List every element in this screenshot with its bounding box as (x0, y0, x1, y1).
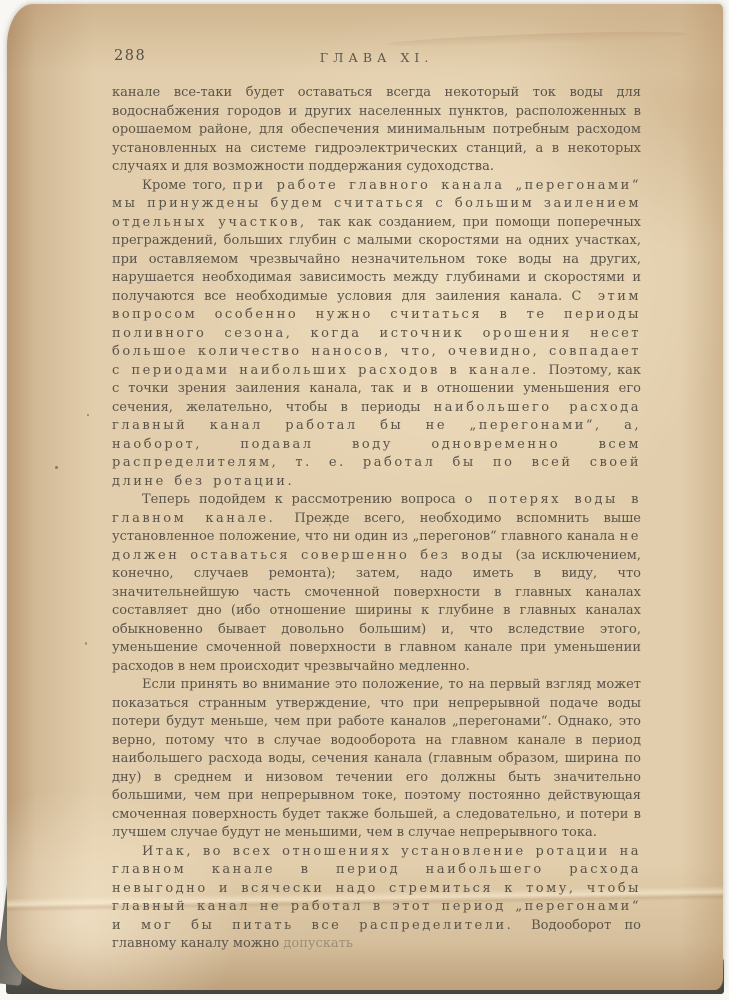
page-content: 288 ГЛАВА XI. канале все-таки будет оста… (112, 48, 641, 954)
page-body: канале все-таки будет оставаться всегда … (112, 84, 641, 954)
text-segment: Кроме того, (142, 178, 233, 193)
scan-background: { "page": { "number": "288", "header": "… (0, 0, 729, 1000)
text-segment: (за исключением, конечно, случаев ремонт… (112, 548, 641, 674)
paragraph: Итак, во всех отношениях установление ро… (112, 843, 641, 954)
paragraph: Если принять во внимание это положение, … (112, 676, 641, 843)
paragraph: Кроме того, при работе главного канала „… (112, 177, 641, 492)
paper-crease (387, 29, 687, 49)
scanned-page: 288 ГЛАВА XI. канале все-таки будет оста… (7, 4, 723, 990)
paragraph: канале все-таки будет оставаться всегда … (112, 84, 641, 177)
text-segment: канале все-таки будет оставаться всегда … (112, 85, 641, 174)
paper-speck (87, 414, 89, 416)
running-header: 288 ГЛАВА XI. (112, 48, 641, 66)
chapter-heading: ГЛАВА XI. (112, 50, 641, 65)
paper-speck (55, 466, 58, 469)
paragraph: Теперь подойдем к рассмотрению вопроса о… (112, 491, 641, 676)
text-segment: допускать (283, 936, 353, 951)
text-segment: Теперь подойдем к рассмотрению вопроса (142, 492, 465, 507)
text-segment: Если принять во внимание это положение, … (112, 677, 641, 840)
paper-speck (85, 642, 87, 645)
